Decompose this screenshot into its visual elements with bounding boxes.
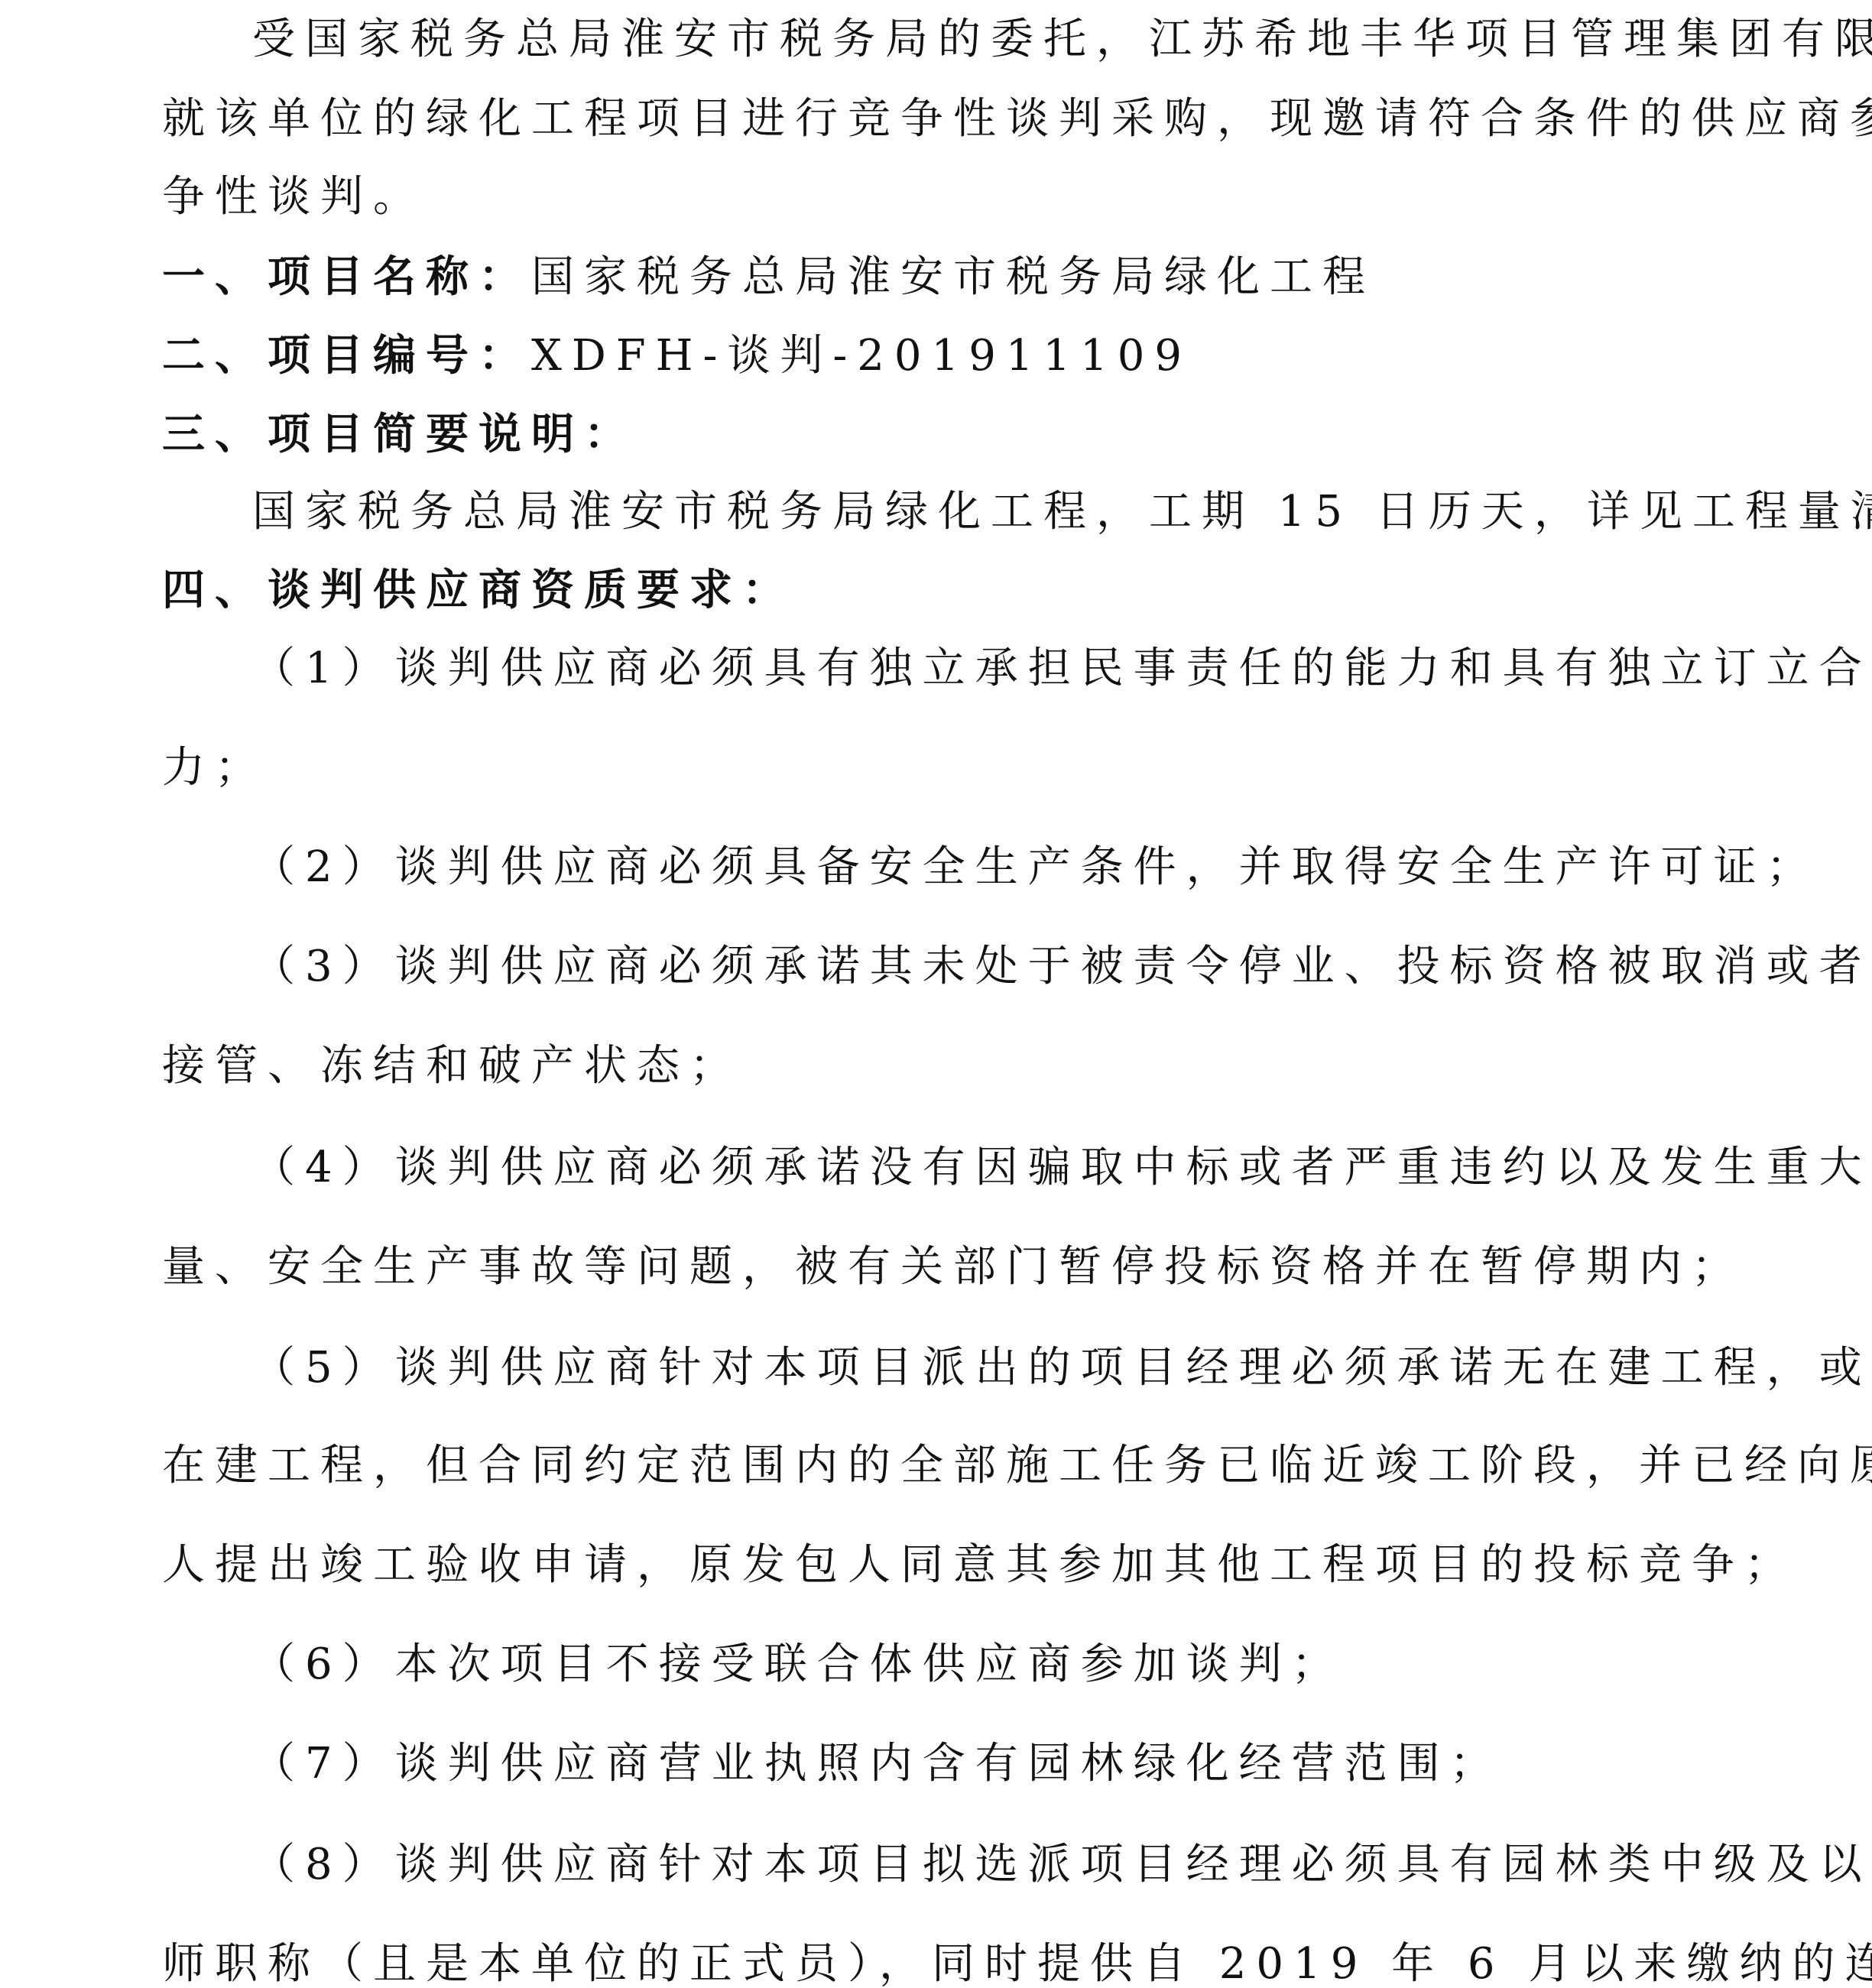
requirement-8-line-1: （8）谈判供应商针对本项目拟选派项目经理必须具有园林类中级及以上工程 <box>252 1838 1812 1892</box>
requirement-2-line-1: （2）谈判供应商必须具备安全生产条件，并取得安全生产许可证； <box>252 841 1812 894</box>
requirement-4-line-1: （4）谈判供应商必须承诺没有因骗取中标或者严重违约以及发生重大工程质 <box>252 1141 1812 1195</box>
requirement-3-line-2: 接管、冻结和破产状态； <box>162 1039 1721 1093</box>
requirement-1-line-2: 力； <box>162 741 1721 795</box>
section-label: 一、项目名称： <box>162 251 531 302</box>
section-label: 二、项目编号： <box>162 330 531 381</box>
requirement-1-line-1: （1）谈判供应商必须具有独立承担民事责任的能力和具有独立订立合同的能 <box>252 642 1812 696</box>
requirement-4-line-2: 量、安全生产事故等问题，被有关部门暂停投标资格并在暂停期内； <box>162 1240 1721 1294</box>
requirement-6-line-1: （6）本次项目不接受联合体供应商参加谈判； <box>252 1638 1812 1691</box>
intro-line-3: 争性谈判。 <box>162 170 1721 224</box>
requirement-5-line-1: （5）谈判供应商针对本项目派出的项目经理必须承诺无在建工程，或者虽有 <box>252 1341 1812 1395</box>
project-name-value: 国家税务总局淮安市税务局绿化工程 <box>531 252 1375 302</box>
section-project-summary-heading: 三、项目简要说明： <box>162 407 1721 461</box>
requirement-5-line-2: 在建工程，但合同约定范围内的全部施工任务已临近竣工阶段，并已经向原发包 <box>162 1439 1721 1493</box>
intro-line-2: 就该单位的绿化工程项目进行竞争性谈判采购，现邀请符合条件的供应商参加竞 <box>162 92 1721 146</box>
requirement-7-line-1: （7）谈判供应商营业执照内含有园林绿化经营范围； <box>252 1737 1812 1791</box>
section-qualifications-heading: 四、谈判供应商资质要求： <box>162 563 1721 617</box>
requirement-3-line-1: （3）谈判供应商必须承诺其未处于被责令停业、投标资格被取消或者财产被 <box>252 940 1812 994</box>
requirement-8-line-2: 师职称（且是本单位的正式员），同时提供自 2019 年 6 月以来缴纳的连续三个 <box>162 1938 1721 1988</box>
intro-line-1: 受国家税务总局淮安市税务局的委托，江苏希地丰华项目管理集团有限公司 <box>252 13 1812 66</box>
document-page: 受国家税务总局淮安市税务局的委托，江苏希地丰华项目管理集团有限公司 就该单位的绿… <box>0 0 1872 1988</box>
project-summary-body: 国家税务总局淮安市税务局绿化工程，工期 15 日历天，详见工程量清单。 <box>252 485 1812 539</box>
section-project-number: 二、项目编号：XDFH-谈判-201911109 <box>162 329 1721 382</box>
section-project-name: 一、项目名称：国家税务总局淮安市税务局绿化工程 <box>162 250 1721 303</box>
requirement-5-line-3: 人提出竣工验收申请，原发包人同意其参加其他工程项目的投标竞争； <box>162 1539 1721 1592</box>
project-number-value: XDFH-谈判-201911109 <box>531 331 1192 381</box>
